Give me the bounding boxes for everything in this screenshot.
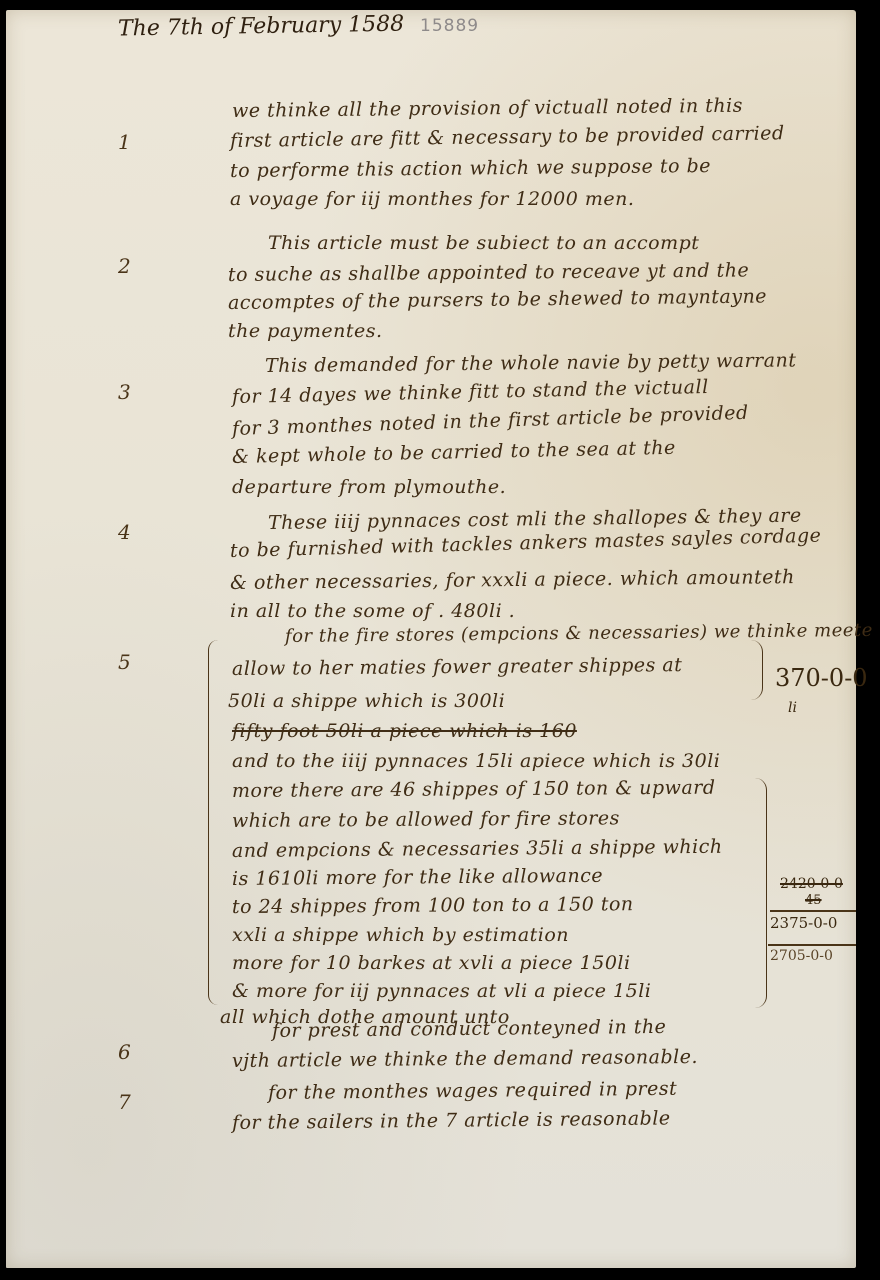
article-5-line-13: & more for iij pynnaces at vli a piece 1… <box>232 980 651 1002</box>
article-5-line-3: 50li a shippe which is 300li <box>228 690 505 712</box>
sum-first-bracket: 370-0-0 <box>775 664 868 692</box>
article-5-line-11: xxli a shippe which by estimation <box>232 924 569 946</box>
article-5-right-bracket-2 <box>752 778 767 1008</box>
margin-number-2: 2 <box>118 254 131 278</box>
margin-number-1: 1 <box>118 130 131 154</box>
sum-side-note: li <box>788 700 797 716</box>
margin-number-7: 7 <box>118 1090 131 1114</box>
article-1-line-4: a voyage for iij monthes for 12000 men. <box>230 188 634 210</box>
article-7-line-1: for the monthes wages required in prest <box>268 1078 677 1104</box>
article-5-line-10: to 24 shippes from 100 ton to a 150 ton <box>232 893 634 918</box>
article-5-line-2: allow to her maties fower greater shippe… <box>232 654 683 680</box>
margin-number-3: 3 <box>118 380 131 404</box>
catalog-number: 15889 <box>420 16 479 36</box>
sum-second-top: 2420-0-0 <box>780 876 843 892</box>
margin-number-4: 4 <box>118 520 131 544</box>
sum-second-less: 45 <box>805 893 822 908</box>
document-heading: The 7th of February 1588 <box>118 12 405 42</box>
article-5-line-8: and empcions & necessaries 35li a shippe… <box>232 836 723 862</box>
article-5-line-7: which are to be allowed for fire stores <box>232 807 620 832</box>
article-5-left-bracket <box>208 640 221 1005</box>
article-5-line-12: more for 10 barkes at xvli a piece 150li <box>232 952 631 974</box>
margin-number-5: 5 <box>118 650 131 674</box>
article-6-line-1: for prest and conduct conteyned in the <box>272 1016 667 1042</box>
article-4-line-4: in all to the some of . 480li . <box>230 600 515 622</box>
article-6-line-2: vjth article we thinke the demand reason… <box>232 1046 698 1072</box>
article-5-line-5: and to the iiij pynnaces 15li apiece whi… <box>232 750 720 772</box>
article-5-line-6: more there are 46 shippes of 150 ton & u… <box>232 777 716 802</box>
sum-second-total: 2705-0-0 <box>770 948 833 964</box>
sum-second-subtotal: 2375-0-0 <box>770 914 837 932</box>
sum-rule-2 <box>768 944 856 946</box>
article-3-line-5: departure from plymouthe. <box>232 476 506 498</box>
article-7-line-2: for the sailers in the 7 article is reas… <box>232 1107 671 1134</box>
article-2-line-4: the paymentes. <box>228 320 383 342</box>
article-2-line-2: to suche as shallbe appointed to receave… <box>228 259 749 286</box>
article-5-line-4-struck: fifty foot 50li a piece which is 160 <box>232 720 577 742</box>
article-5-line-9: is 1610li more for the like allowance <box>232 865 603 890</box>
article-2-line-1: This article must be subiect to an accom… <box>268 232 699 254</box>
article-5-right-bracket-1 <box>748 640 763 700</box>
margin-number-6: 6 <box>118 1040 131 1064</box>
sum-rule-1 <box>770 910 856 912</box>
